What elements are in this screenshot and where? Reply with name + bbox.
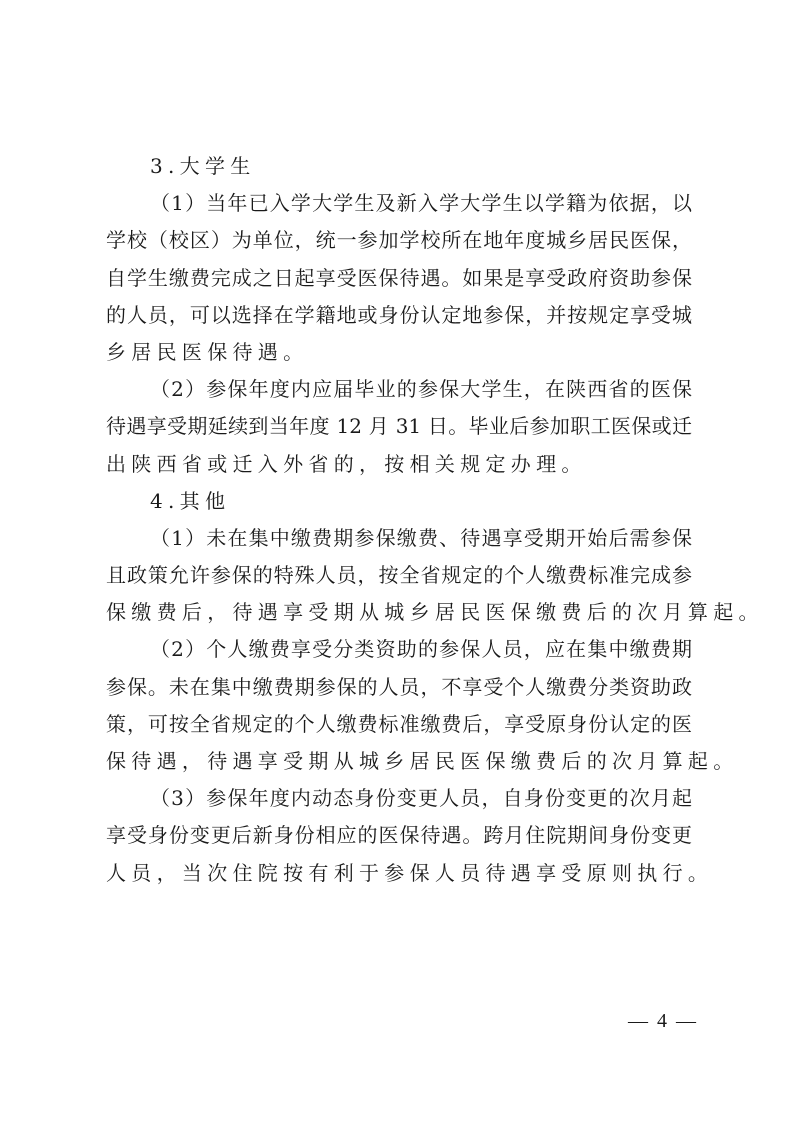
text-line: 策，可按全省规定的个人缴费标准缴费后，享受原身份认定的医 [106,706,692,743]
text-line: 待遇享受期延续到当年度 12 月 31 日。毕业后参加职工医保或迁 [106,408,692,445]
section-heading: 4.其他 [106,483,692,520]
paragraph: （1）未在集中缴费期参保缴费、待遇享受期开始后需参保 且政策允许参保的特殊人员，… [106,520,692,632]
text-line: （2）参保年度内应届毕业的参保大学生，在陕西省的医保 [106,371,692,408]
text-line: 保缴费后，待遇享受期从城乡居民医保缴费后的次月算起。 [106,594,692,631]
text-line: 学校（校区）为单位，统一参加学校所在地年度城乡居民医保， [106,222,692,259]
text-line: 保待遇，待遇享受期从城乡居民医保缴费后的次月算起。 [106,743,692,780]
paragraph: （2）个人缴费享受分类资助的参保人员，应在集中缴费期 参保。未在集中缴费期参保的… [106,631,692,780]
section-heading: 3.大学生 [106,148,692,185]
paragraph: （3）参保年度内动态身份变更人员，自身份变更的次月起 享受身份变更后新身份相应的… [106,780,692,892]
page-number: — 4 — [628,1010,698,1033]
text-line: 且政策允许参保的特殊人员，按全省规定的个人缴费标准完成参 [106,557,692,594]
text-line: 出陕西省或迁入外省的，按相关规定办理。 [106,446,692,483]
text-line: 参保。未在集中缴费期参保的人员，不享受个人缴费分类资助政 [106,669,692,706]
text-line: 的人员，可以选择在学籍地或身份认定地参保，并按规定享受城 [106,297,692,334]
paragraph: （2）参保年度内应届毕业的参保大学生，在陕西省的医保 待遇享受期延续到当年度 1… [106,371,692,483]
text-line: （1）当年已入学大学生及新入学大学生以学籍为依据，以 [106,185,692,222]
text-line: 乡居民医保待遇。 [106,334,692,371]
text-line: （1）未在集中缴费期参保缴费、待遇享受期开始后需参保 [106,520,692,557]
text-line: （3）参保年度内动态身份变更人员，自身份变更的次月起 [106,780,692,817]
document-body: 3.大学生 （1）当年已入学大学生及新入学大学生以学籍为依据，以 学校（校区）为… [106,148,692,892]
paragraph: （1）当年已入学大学生及新入学大学生以学籍为依据，以 学校（校区）为单位，统一参… [106,185,692,371]
text-line: 自学生缴费完成之日起享受医保待遇。如果是享受政府资助参保 [106,260,692,297]
text-line: （2）个人缴费享受分类资助的参保人员，应在集中缴费期 [106,631,692,668]
text-line: 人员，当次住院按有利于参保人员待遇享受原则执行。 [106,855,692,892]
text-line: 享受身份变更后新身份相应的医保待遇。跨月住院期间身份变更 [106,817,692,854]
